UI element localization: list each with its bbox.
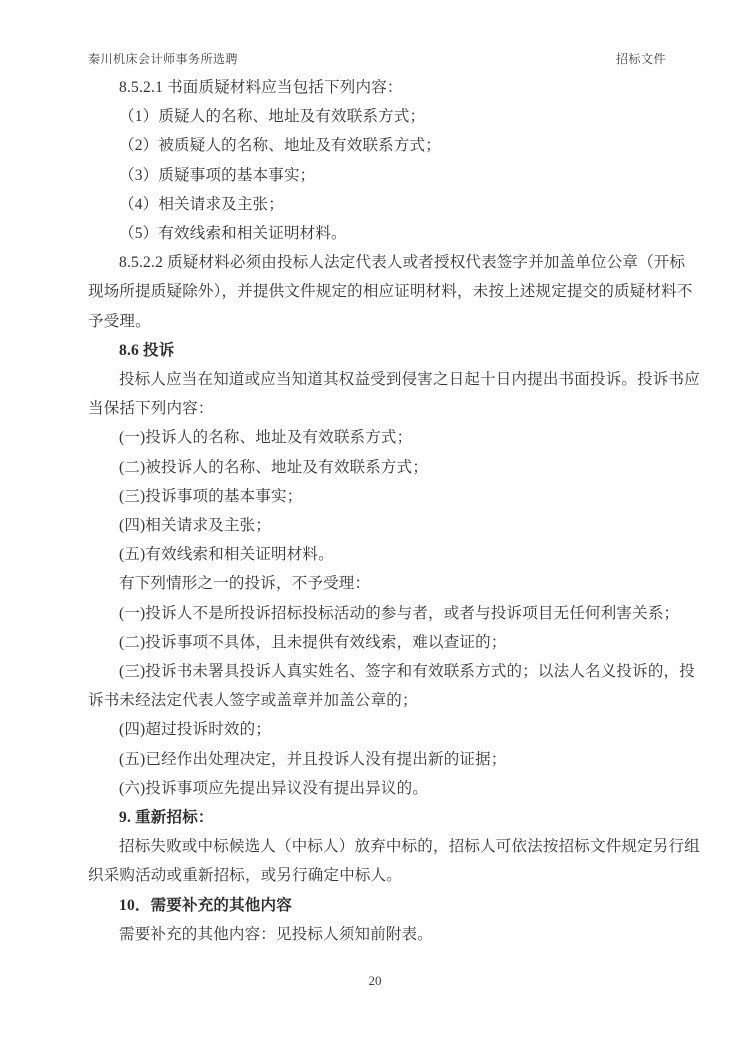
text-line: (三)投诉事项的基本事实； xyxy=(88,482,673,511)
text-line: 诉书未经法定代表人签字或盖章并加盖公章的； xyxy=(88,686,673,715)
header-left-title: 秦川机床会计师事务所选聘 xyxy=(88,51,238,67)
text-line: (五)有效线索和相关证明材料。 xyxy=(88,540,673,569)
text-line: (二)投诉事项不具体，且未提供有效线索，难以查证的； xyxy=(88,628,673,657)
text-line: （4）相关请求及主张； xyxy=(88,190,673,219)
text-line: 织采购活动或重新招标，或另行确定中标人。 xyxy=(88,861,673,890)
document-body: 8.5.2.1 书面质疑材料应当包括下列内容：（1）质疑人的名称、地址及有效联系… xyxy=(88,73,673,949)
text-line: 9. 重新招标： xyxy=(88,803,673,832)
text-line: （3）质疑事项的基本事实； xyxy=(88,161,673,190)
text-line: 需要补充的其他内容：见投标人须知前附表。 xyxy=(88,920,673,949)
text-line: 投标人应当在知道或应当知道其权益受到侵害之日起十日内提出书面投诉。投诉书应 xyxy=(88,365,673,394)
text-line: (五)已经作出处理决定，并且投诉人没有提出新的证据； xyxy=(88,745,673,774)
text-line: (三)投诉书未署具投诉人真实姓名、签字和有效联系方式的；以法人名义投诉的，投 xyxy=(88,657,673,686)
header-right-title: 招标文件 xyxy=(616,51,666,67)
text-line: (二)被投诉人的名称、地址及有效联系方式； xyxy=(88,453,673,482)
text-line: (四)相关请求及主张； xyxy=(88,511,673,540)
text-line: 予受理。 xyxy=(88,307,673,336)
text-line: 招标失败或中标候选人（中标人）放弃中标的，招标人可依法按招标文件规定另行组 xyxy=(88,832,673,861)
text-line: 有下列情形之一的投诉，不予受理： xyxy=(88,569,673,598)
page-footer: 20 xyxy=(0,972,750,990)
text-line: 8.6 投诉 xyxy=(88,336,673,365)
page-header: 秦川机床会计师事务所选聘 招标文件 xyxy=(88,51,666,67)
document-page: 秦川机床会计师事务所选聘 招标文件 8.5.2.1 书面质疑材料应当包括下列内容… xyxy=(0,0,750,1060)
text-line: （2）被质疑人的名称、地址及有效联系方式； xyxy=(88,131,673,160)
text-line: 当保括下列内容： xyxy=(88,394,673,423)
text-line: 8.5.2.1 书面质疑材料应当包括下列内容： xyxy=(88,73,673,102)
text-line: (四)超过投诉时效的； xyxy=(88,715,673,744)
page-number: 20 xyxy=(369,973,382,988)
text-line: （5）有效线索和相关证明材料。 xyxy=(88,219,673,248)
text-line: (一)投诉人不是所投诉招标投标活动的参与者，或者与投诉项目无任何利害关系； xyxy=(88,599,673,628)
text-line: （1）质疑人的名称、地址及有效联系方式； xyxy=(88,102,673,131)
text-line: 8.5.2.2 质疑材料必须由投标人法定代表人或者授权代表签字并加盖单位公章（开… xyxy=(88,248,673,277)
text-line: 现场所提质疑除外），并提供文件规定的相应证明材料，未按上述规定提交的质疑材料不 xyxy=(88,277,673,306)
text-line: (一)投诉人的名称、地址及有效联系方式； xyxy=(88,423,673,452)
text-line: 10．需要补充的其他内容 xyxy=(88,891,673,920)
text-line: (六)投诉事项应先提出异议没有提出异议的。 xyxy=(88,774,673,803)
